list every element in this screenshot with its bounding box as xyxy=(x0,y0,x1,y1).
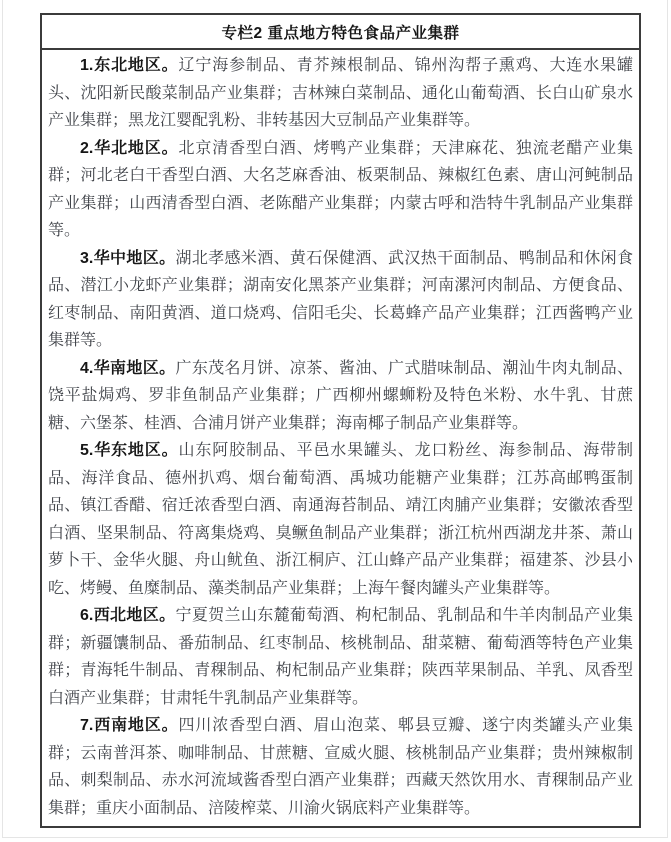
region-paragraph-southwest: 7.西南地区。四川浓香型白酒、眉山泡菜、郫县豆瓣、遂宁肉类罐头产业集群；云南普洱… xyxy=(48,712,633,822)
region-paragraph-central: 3.华中地区。湖北孝感米酒、黄石保健酒、武汉热干面制品、鸭制品和休闲食品、潜江小… xyxy=(48,245,633,355)
region-paragraph-northeast: 1.东北地区。辽宁海参制品、青芥辣根制品、锦州沟帮子熏鸡、大连水果罐头、沈阳新民… xyxy=(48,52,633,135)
region-label-south: 4.华南地区。 xyxy=(80,360,175,377)
column-box: 专栏2 重点地方特色食品产业集群 1.东北地区。辽宁海参制品、青芥辣根制品、锦州… xyxy=(40,13,641,828)
region-paragraph-northwest: 6.西北地区。宁夏贺兰山东麓葡萄酒、枸杞制品、乳制品和牛羊肉制品产业集群；新疆馕… xyxy=(48,602,633,712)
box-title-row: 专栏2 重点地方特色食品产业集群 xyxy=(42,15,639,50)
region-text-east: 山东阿胶制品、平邑水果罐头、龙口粉丝、海参制品、海带制品、海洋食品、德州扒鸡、烟… xyxy=(48,442,633,597)
region-label-east: 5.华东地区。 xyxy=(80,442,179,459)
box-body: 1.东北地区。辽宁海参制品、青芥辣根制品、锦州沟帮子熏鸡、大连水果罐头、沈阳新民… xyxy=(42,50,639,826)
region-label-northwest: 6.西北地区。 xyxy=(80,607,175,624)
region-label-central: 3.华中地区。 xyxy=(80,250,175,267)
region-paragraph-east: 5.华东地区。山东阿胶制品、平邑水果罐头、龙口粉丝、海参制品、海带制品、海洋食品… xyxy=(48,437,633,602)
region-paragraph-north: 2.华北地区。北京清香型白酒、烤鸭产业集群；天津麻花、独流老醋产业集群；河北老白… xyxy=(48,135,633,245)
region-label-southwest: 7.西南地区。 xyxy=(80,717,179,734)
box-title: 专栏2 重点地方特色食品产业集群 xyxy=(222,21,460,43)
region-label-north: 2.华北地区。 xyxy=(80,140,179,157)
document-page: { "box": { "title": "专栏2 重点地方特色食品产业集群", … xyxy=(0,0,671,842)
region-paragraph-south: 4.华南地区。广东茂名月饼、凉茶、酱油、广式腊味制品、潮汕牛肉丸制品、饶平盐焗鸡… xyxy=(48,355,633,438)
region-label-northeast: 1.东北地区。 xyxy=(80,57,179,74)
